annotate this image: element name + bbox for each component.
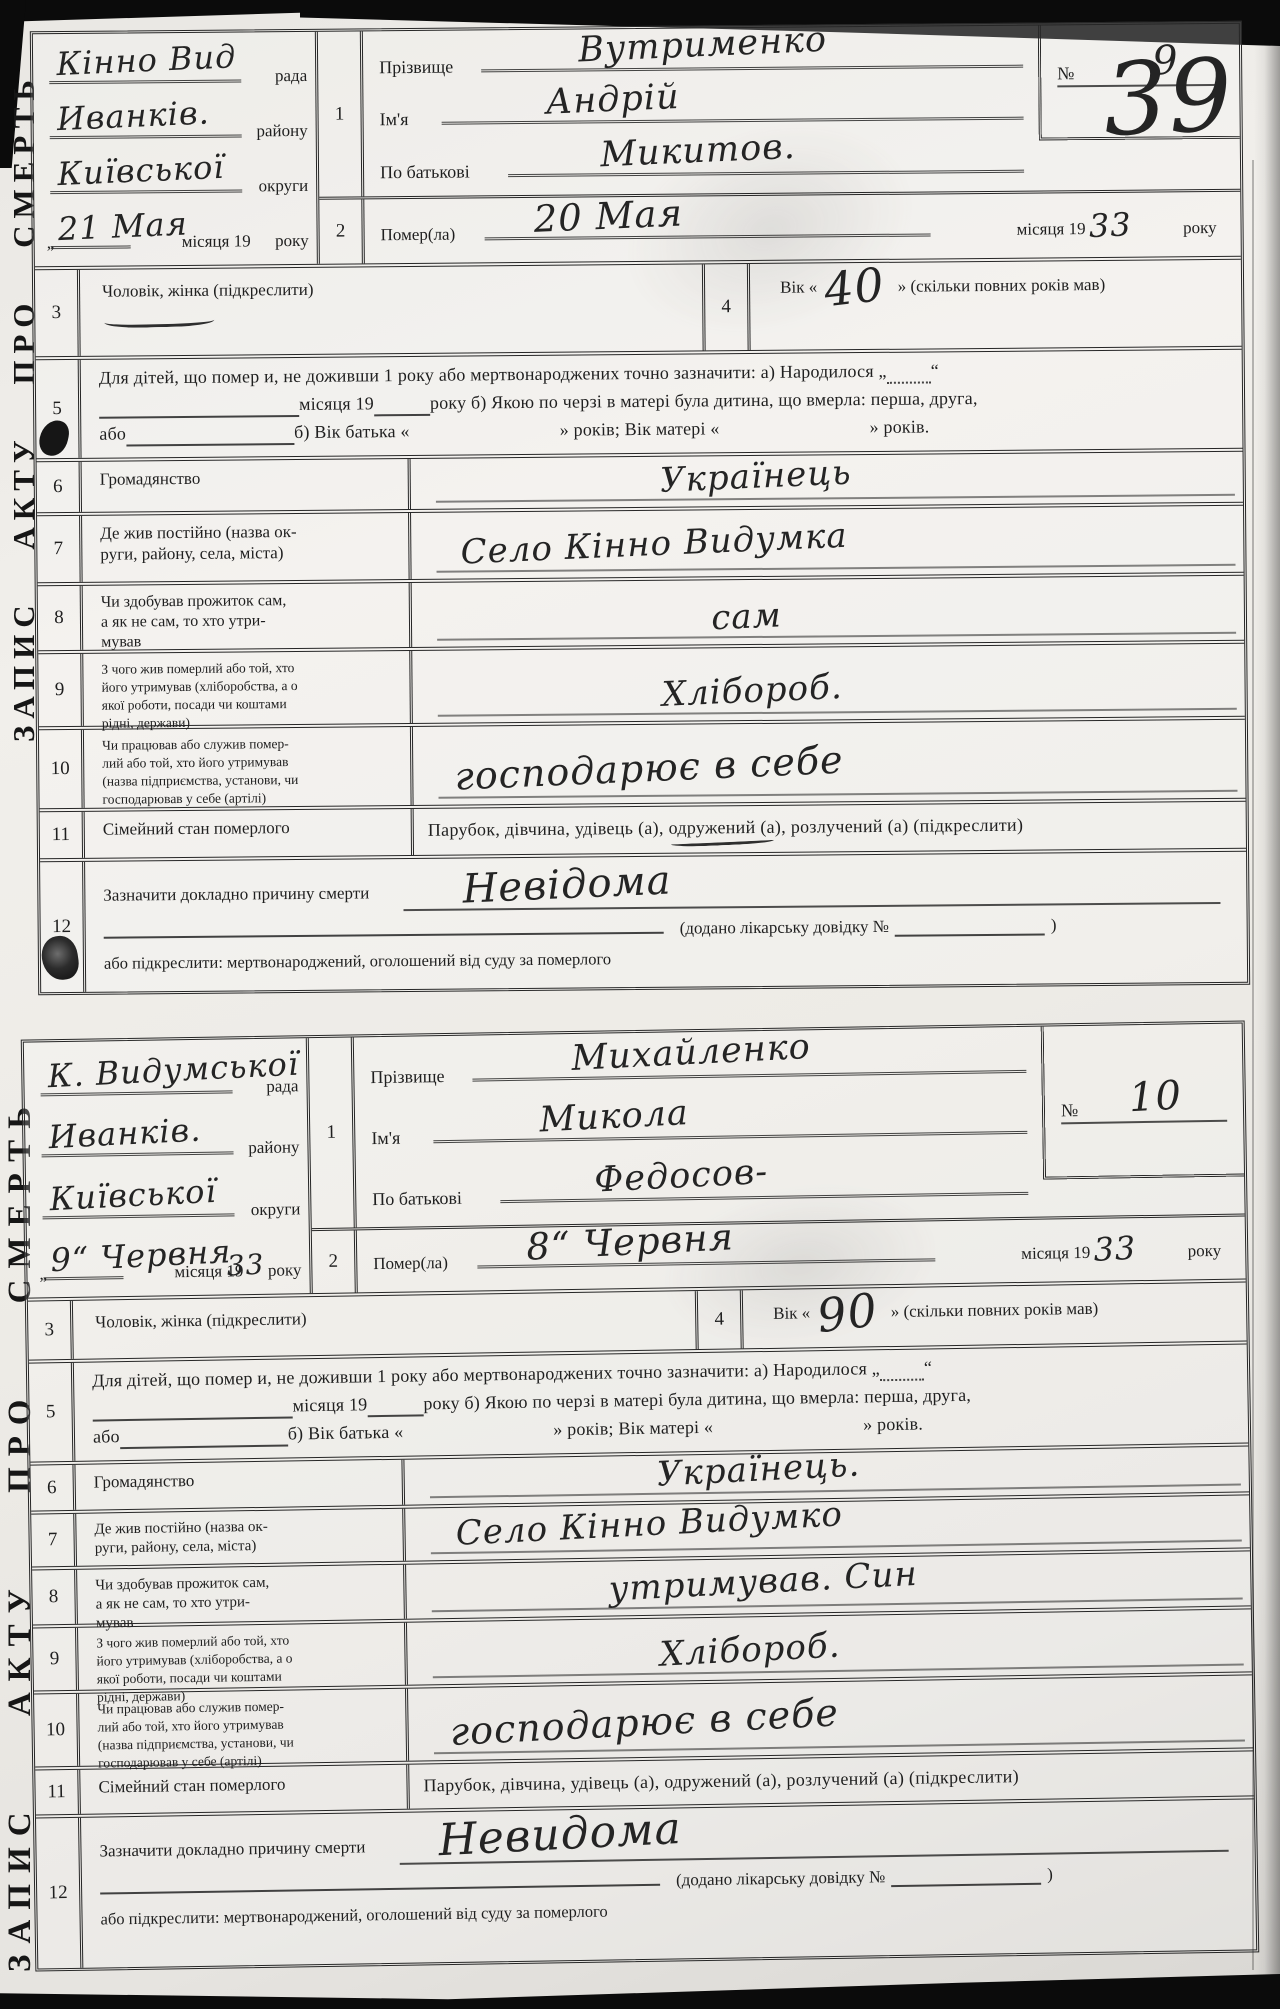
clause-line-3d: » років.	[869, 416, 929, 438]
citizenship-value: Українець.	[656, 1444, 861, 1494]
row-number: 6	[37, 462, 82, 512]
father-age-label: б) Вік батька «	[288, 1422, 404, 1445]
surname-field: Прізвище Вутрименко	[379, 31, 1029, 87]
support-value-cell: сам	[412, 576, 1245, 647]
district-label: району	[256, 121, 307, 141]
field-line	[49, 79, 241, 84]
marital-label: Сімейний стан померлого	[85, 809, 414, 858]
patronymic-field: По батькові Федосов-	[372, 1157, 1035, 1217]
close-quote: “	[924, 1357, 933, 1378]
okruha-line: Київської округи	[46, 150, 308, 205]
age-value: 90	[814, 1282, 881, 1343]
workplace-value: господарює в себе	[449, 1690, 840, 1754]
hand-underline	[104, 314, 214, 329]
workplace-value: господарює в себе	[453, 738, 844, 799]
age-prefix: Вік «	[773, 1303, 810, 1324]
registration-block: К. Видумської рада Иванків. району Київс…	[24, 1038, 313, 1297]
row-number: 2	[319, 199, 365, 263]
year-label: року	[268, 1260, 302, 1281]
okruha-value: Київської	[57, 148, 226, 193]
father-age-label: б) Вік батька «	[294, 421, 410, 443]
field-line: Федосов-	[500, 1192, 1028, 1203]
mother-age-label: » років; Вік матері «	[553, 1417, 713, 1441]
death-cause-value: Невідома	[462, 857, 673, 912]
death-cause-cell: Зазначити докладно причину смерти Невідо…	[85, 852, 1247, 992]
row-number: 3	[35, 270, 81, 356]
field-line	[438, 708, 1237, 717]
record-number-box: № 9 39	[1038, 24, 1240, 141]
livelihood-label: З чого жив померлий або той, хто його ут…	[83, 651, 413, 726]
firstname-label: Ім'я	[371, 1128, 400, 1149]
firstname-value: Андрій	[545, 77, 681, 123]
field-line: Михайленко	[472, 1070, 1026, 1082]
label-text: Сімейний стан померлого	[103, 818, 290, 839]
doctor-note-label: (додано лікарську довідку №	[676, 1867, 886, 1890]
row-number: 8	[38, 586, 84, 650]
marital-option-text: Парубок, дівчина, удівець (а),	[423, 1772, 664, 1796]
death-date-line: Помер(ла) 20 Мая місяця 19 33 року	[364, 192, 1241, 264]
row-number: 5	[29, 1363, 76, 1462]
year-label: року	[275, 231, 309, 251]
age-suffix: » (скільки повних років мав)	[891, 1299, 1099, 1322]
death-date-value: 20 Мая	[533, 191, 684, 240]
surname-field: Прізвище Михайленко	[370, 1036, 1033, 1096]
surname-label: Прізвище	[370, 1066, 444, 1088]
blank-line	[374, 412, 430, 416]
council-value: Кінно Вид	[56, 37, 237, 83]
blank-line	[104, 930, 664, 939]
death-cause-cell: Зазначити докладно причину смерти Невидо…	[81, 1799, 1256, 1967]
marital-option-married: одружений (а)	[664, 1770, 777, 1792]
row-12-death-cause: 12 Зазначити докладно причину смерти Нев…	[36, 1795, 1256, 1968]
dotted-blank	[880, 1377, 924, 1382]
blank-gap	[403, 1435, 553, 1437]
support-label: Чи здобував прожиток сам, а як не сам, т…	[77, 1565, 407, 1624]
underline-instruction: або підкреслити: мертвонароджений, оголо…	[100, 1902, 607, 1929]
row-1: 1 Прізвище Вутрименко Ім'я Андрій По бат…	[318, 24, 1240, 200]
row-number: 3	[28, 1301, 74, 1360]
label-text: Де жив постійно (назва ок- руги, району,…	[100, 522, 297, 564]
record-number-value: 10	[1128, 1073, 1183, 1122]
row-8-support: 8 Чи здобував прожиток сам, а як не сам,…	[38, 572, 1245, 651]
registration-block: Кінно Вид рада Иванків. району Київської…	[33, 32, 320, 266]
age-suffix: » (скільки повних років мав)	[898, 275, 1106, 297]
blank-line	[93, 1414, 293, 1421]
okruha-value: Київської	[49, 1171, 218, 1217]
row-number: 4	[698, 1290, 744, 1349]
registration-year-value: 33	[226, 1248, 265, 1283]
okruha-label: округи	[251, 1199, 301, 1220]
district-value: Иванків.	[48, 1111, 203, 1157]
row-number: 6	[30, 1465, 76, 1511]
livelihood-value-cell: Хлібороб.	[412, 644, 1245, 723]
year-label: року	[1183, 218, 1217, 238]
field-line	[50, 134, 242, 139]
marital-option-text: , розлучений (а) (підкреслити)	[781, 815, 1023, 837]
clause-line-2a: місяця 19	[292, 1394, 367, 1416]
district-line: Иванків. району	[37, 1108, 300, 1169]
row-10-workplace: 10 Чи працював або служив помер- лий або…	[39, 716, 1246, 809]
row-5-children-clause: 5 Для дітей, що помер и, не доживши 1 ро…	[29, 1340, 1248, 1461]
label-text: Чи працював або служив помер- лий або то…	[102, 736, 298, 807]
death-year-value: 33	[1093, 1229, 1138, 1269]
children-clause-text: Для дітей, що помер и, не доживши 1 року…	[81, 350, 1243, 458]
blank-gap	[720, 433, 870, 434]
okruha-line: Київської округи	[38, 1169, 301, 1230]
death-cause-label: Зазначити докладно причину смерти	[99, 1837, 365, 1861]
patronymic-label: По батькові	[380, 161, 470, 183]
mother-age-label: » років; Вік матері «	[560, 418, 720, 440]
row-9-livelihood: 9 З чого жив померлий або той, хто його …	[38, 640, 1245, 727]
close-quote: “	[931, 360, 939, 381]
surname-value: Вутрименко	[577, 20, 827, 71]
surname-value: Михайленко	[570, 1027, 811, 1079]
residence-label: Де жив постійно (назва ок- руги, району,…	[76, 1509, 406, 1566]
district-line: Иванків. району	[45, 95, 307, 150]
support-value: сам	[710, 595, 782, 638]
field-line: 8“ Червня	[477, 1258, 935, 1268]
record-number-line: № 10	[1061, 1120, 1227, 1125]
field-line	[51, 245, 131, 249]
name-block: 1 Прізвище Михайленко Ім'я Микола По бат…	[309, 1023, 1246, 1293]
row-1: 1 Прізвище Михайленко Ім'я Микола По бат…	[309, 1023, 1245, 1231]
residence-label: Де жив постійно (назва ок- руги, району,…	[82, 513, 412, 582]
field-line	[437, 632, 1236, 641]
field-line	[43, 1276, 123, 1280]
record-number-box: № 10	[1041, 1023, 1244, 1179]
support-label: Чи здобував прожиток сам, а як не сам, т…	[83, 583, 413, 650]
row-number: 9	[38, 654, 84, 726]
month-19-label: місяця 19	[1021, 1243, 1090, 1264]
marital-options: Парубок, дівчина, удівець (а), одружений…	[414, 802, 1246, 855]
dotted-blank	[887, 379, 931, 383]
row-number: 10	[39, 730, 85, 808]
clause-line-3d: » років.	[863, 1414, 923, 1436]
children-clause-text: Для дітей, що помер и, не доживши 1 року…	[74, 1344, 1248, 1460]
row-number: 9	[33, 1628, 79, 1691]
livelihood-value-cell: Хлібороб.	[407, 1609, 1252, 1684]
number-sign: №	[1061, 1100, 1079, 1121]
district-value: Иванків.	[56, 93, 210, 138]
label-text: Де жив постійно (назва ок- руги, району,…	[94, 1519, 268, 1556]
council-label: рада	[266, 1076, 299, 1097]
council-line: К. Видумської рада	[36, 1046, 299, 1107]
marital-option-married-underlined: одружений (а)	[668, 817, 781, 838]
row-number: 1	[318, 31, 364, 196]
field-line: Андрій	[442, 117, 1024, 125]
sex-label: Чоловік, жінка (підкреслити)	[102, 280, 314, 301]
label-text: Сімейний стан померлого	[98, 1775, 285, 1797]
doctor-note-label: (додано лікарську довідку №	[680, 917, 889, 939]
label-text: Чи працював або служив помер- лий або то…	[97, 1699, 294, 1771]
patronymic-value: Федосов-	[593, 1152, 769, 1201]
row-7-residence: 7 Де жив постійно (назва ок- руги, район…	[37, 502, 1244, 583]
row-number: 1	[309, 1037, 357, 1228]
residence-value: Село Кінно Видумка	[460, 516, 849, 573]
record-number-large: 39	[1102, 45, 1235, 151]
field-line	[50, 189, 242, 194]
field-line: 20 Мая	[485, 233, 931, 240]
blank-gap	[713, 1430, 863, 1432]
name-block: 1 Прізвище Вутрименко Ім'я Андрій По бат…	[318, 24, 1241, 264]
died-label: Помер(ла)	[381, 225, 456, 246]
firstname-value: Микола	[538, 1093, 689, 1141]
registration-date-line: „ 9“ Червня місяця 19 33 року	[39, 1230, 302, 1291]
field-line: Микитов.	[508, 169, 1024, 177]
field-line	[436, 494, 1235, 503]
age-value: 40	[821, 257, 887, 318]
clause-line-1: Для дітей, що помер и, не доживши 1 року…	[99, 361, 887, 389]
clause-line-2a: місяця 19	[299, 393, 374, 415]
workplace-value-cell: господарює в себе	[413, 720, 1246, 805]
age-cell: Вік « 90 » (скільки повних років мав)	[743, 1282, 1247, 1348]
form-header: К. Видумської рада Иванків. району Київс…	[24, 1023, 1246, 1297]
registration-date-line: „ 21 Мая місяця 19 року	[46, 205, 308, 260]
blank-line	[120, 1443, 288, 1450]
row-number: 10	[34, 1694, 80, 1767]
field-line: Микола	[433, 1131, 1027, 1143]
citizenship-value: Українець	[659, 453, 852, 501]
clause-line-1: Для дітей, що помер и, не доживши 1 року…	[92, 1358, 880, 1391]
support-value: утримував. Син	[607, 1554, 918, 1610]
age-prefix: Вік «	[780, 277, 817, 297]
month-19-label: місяця 19	[182, 231, 251, 252]
label-text: Чи здобував прожиток сам, а як не сам, т…	[101, 592, 287, 651]
blank-line	[368, 1412, 424, 1417]
sex-cell: Чоловік, жінка (підкреслити)	[80, 264, 706, 355]
open-quote: „	[47, 233, 55, 253]
row-number: 11	[35, 1770, 81, 1815]
citizenship-label: Громадянство	[82, 459, 411, 512]
clause-line-3a: або	[93, 1426, 120, 1447]
council-value: К. Видумської	[47, 1045, 300, 1096]
underline-instruction: або підкреслити: мертвонароджений, оголо…	[104, 949, 611, 972]
row-number: 12	[36, 1818, 83, 1969]
marital-option-text: , розлучений (а) (підкреслити)	[777, 1766, 1019, 1790]
doctor-note-close: )	[1047, 1865, 1053, 1885]
citizenship-value-cell: Українець	[411, 452, 1243, 509]
row-number: 7	[37, 516, 83, 582]
open-quote: „	[39, 1264, 47, 1284]
sex-cell: Чоловік, жінка (підкреслити)	[73, 1291, 699, 1359]
row-number: 4	[705, 264, 751, 350]
death-record-form-1: Кінно Вид рада Иванків. району Київської…	[30, 21, 1250, 996]
row-number: 8	[32, 1570, 78, 1625]
council-line: Кінно Вид рада	[45, 40, 307, 95]
patronymic-field: По батькові Микитов.	[380, 135, 1030, 191]
row-12-death-cause: 12 Зазначити докладно причину смерти Нев…	[40, 848, 1247, 993]
death-cause-value: Невидома	[437, 1803, 683, 1866]
marital-option-text: Парубок, дівчина, удівець (а),	[428, 818, 669, 840]
blank-line	[126, 441, 294, 446]
doctor-note-close: )	[1051, 915, 1057, 935]
livelihood-value: Хлібороб.	[659, 1626, 842, 1675]
died-label: Помер(ла)	[373, 1253, 448, 1274]
blank-gap	[410, 436, 560, 437]
blank-line	[99, 413, 299, 419]
death-date-value: 8“ Червня	[525, 1215, 735, 1268]
citizenship-label: Громадянство	[75, 1460, 405, 1510]
number-sign: №	[1057, 63, 1074, 84]
clause-line-2b: року б) Якою по черзі в матері була дити…	[430, 388, 978, 414]
row-number: 11	[40, 812, 85, 858]
district-label: району	[248, 1138, 300, 1159]
registration-date-value: 21 Мая	[57, 204, 188, 248]
row-2: 2 Помер(ла) 20 Мая місяця 19 33 року	[319, 192, 1241, 264]
marital-label: Сімейний стан померлого	[80, 1765, 410, 1814]
workplace-label: Чи працював або служив помер- лий або то…	[79, 1689, 409, 1766]
month-19-label: місяця 19	[1016, 219, 1085, 240]
clause-line-3a: або	[99, 423, 126, 444]
patronymic-label: По батькові	[372, 1187, 462, 1209]
surname-label: Прізвище	[379, 57, 453, 79]
patronymic-value: Микитов.	[599, 127, 796, 175]
okruha-label: округи	[258, 176, 308, 196]
council-label: рада	[275, 66, 307, 86]
row-6-citizenship: 6 Громадянство Українець	[37, 448, 1243, 513]
row-number: 7	[31, 1514, 77, 1567]
label-text: З чого жив померлий або той, хто його ут…	[101, 660, 297, 731]
sex-label: Чоловік, жінка (підкреслити)	[95, 1309, 307, 1331]
residence-value-cell: Село Кінно Видумка	[411, 506, 1244, 579]
age-cell: Вік « 40 » (скільки повних років мав)	[750, 260, 1242, 350]
label-text: Громадянство	[94, 1471, 195, 1492]
form-header: Кінно Вид рада Иванків. району Київської…	[33, 24, 1241, 267]
livelihood-value: Хлібороб.	[661, 667, 843, 715]
workplace-value-cell: господарює в себе	[408, 1675, 1253, 1760]
death-record-form-2: К. Видумської рада Иванків. району Київс…	[21, 1020, 1259, 1971]
year-label: року	[1188, 1241, 1222, 1262]
firstname-label: Ім'я	[380, 109, 409, 130]
row-5-children-clause: 5 Для дітей, що помер и, не доживши 1 ро…	[36, 346, 1243, 459]
row-3-4: 3 Чоловік, жінка (підкреслити) 4 Вік « 4…	[35, 256, 1242, 357]
row-number: 2	[312, 1230, 358, 1293]
field-line: Вутрименко	[481, 65, 1023, 73]
death-cause-line: Зазначити докладно причину смерти Невідо…	[103, 860, 1230, 916]
residence-value: Село Кінно Видумко	[454, 1494, 843, 1554]
livelihood-label: З чого жив померлий або той, хто його ут…	[78, 1623, 408, 1690]
workplace-label: Чи працював або служив помер- лий або то…	[84, 727, 414, 808]
death-cause-label: Зазначити докладно причину смерти	[103, 883, 369, 905]
label-text: Громадянство	[100, 469, 201, 489]
death-year-value: 33	[1088, 205, 1132, 245]
page-edge-shadow	[1254, 40, 1280, 1975]
firstname-field: Ім'я Микола	[371, 1097, 1034, 1157]
